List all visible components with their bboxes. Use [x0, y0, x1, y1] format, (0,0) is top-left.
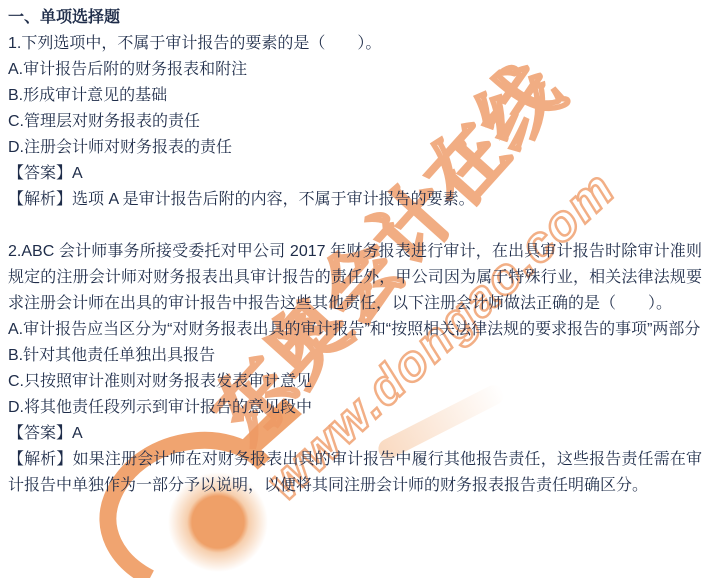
q2-stem: 2.ABC 会计师事务所接受委托对甲公司 2017 年财务报表进行审计，在出具审… — [8, 239, 702, 317]
q1-option-b: B.形成审计意见的基础 — [8, 83, 702, 109]
q2-answer: 【答案】A — [8, 421, 702, 447]
q2-option-d: D.将其他责任段列示到审计报告的意见段中 — [8, 395, 702, 421]
paragraph-gap — [8, 213, 702, 239]
q1-option-d: D.注册会计师对财务报表的责任 — [8, 135, 702, 161]
q2-option-b: B.针对其他责任单独出具报告 — [8, 343, 702, 369]
q1-stem: 1.下列选项中，不属于审计报告的要素的是（ ）。 — [8, 31, 702, 57]
q2-option-a: A.审计报告应当区分为“对财务报表出具的审计报告”和“按照相关法律法规的要求报告… — [8, 317, 702, 343]
q2-option-c: C.只按照审计准则对财务报表发表审计意见 — [8, 369, 702, 395]
document-page: 东奥会计在线 www.dongao.com 一、单项选择题 1.下列选项中，不属… — [0, 0, 710, 578]
document-content: 一、单项选择题 1.下列选项中，不属于审计报告的要素的是（ ）。 A.审计报告后… — [0, 0, 710, 499]
q2-analysis: 【解析】如果注册会计师在对财务报表出具的审计报告中履行其他报告责任，这些报告责任… — [8, 447, 702, 499]
q1-option-c: C.管理层对财务报表的责任 — [8, 109, 702, 135]
q1-analysis: 【解析】选项 A 是审计报告后附的内容，不属于审计报告的要素。 — [8, 187, 702, 213]
section-title: 一、单项选择题 — [8, 5, 702, 31]
q1-option-a: A.审计报告后附的财务报表和附注 — [8, 57, 702, 83]
q1-answer: 【答案】A — [8, 161, 702, 187]
